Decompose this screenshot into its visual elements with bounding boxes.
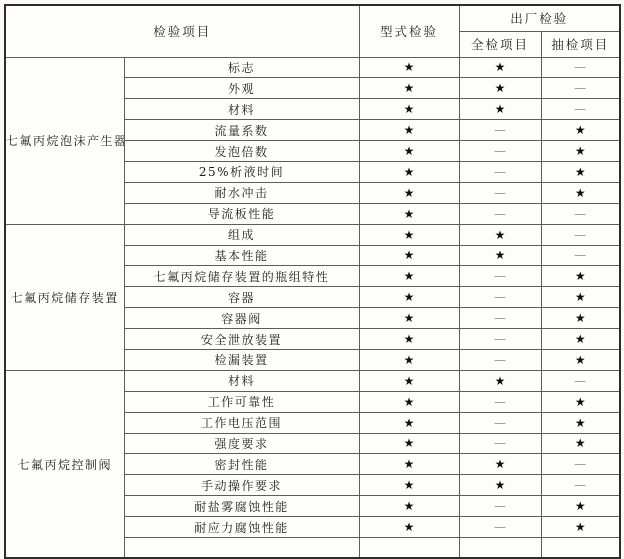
item-label: 外观: [124, 78, 359, 99]
sampling-inspection-mark: ★: [541, 412, 620, 433]
type-inspection-mark: ★: [359, 308, 459, 329]
sampling-inspection-mark: —: [541, 99, 620, 120]
item-label: 检漏装置: [124, 349, 359, 370]
full-inspection-mark: —: [459, 433, 541, 454]
sampling-inspection-mark: ★: [541, 120, 620, 141]
item-label: 耐应力腐蚀性能: [124, 517, 359, 538]
sampling-inspection-mark: ★: [541, 308, 620, 329]
item-label: 材料: [124, 370, 359, 391]
type-inspection-mark: ★: [359, 329, 459, 350]
type-inspection-mark: ★: [359, 454, 459, 475]
item-label: 材料: [124, 99, 359, 120]
item-label: 工作可靠性: [124, 391, 359, 412]
header-type-inspection: 型式检验: [359, 5, 459, 57]
full-inspection-mark: —: [459, 496, 541, 517]
type-inspection-mark: ★: [359, 120, 459, 141]
item-label: 手动操作要求: [124, 475, 359, 496]
item-label: 发泡倍数: [124, 141, 359, 162]
type-inspection-mark: ★: [359, 475, 459, 496]
item-label: 流量系数: [124, 120, 359, 141]
full-inspection-mark: —: [459, 329, 541, 350]
sampling-inspection-mark: —: [541, 370, 620, 391]
item-label: 七氟丙烷储存装置的瓶组特性: [124, 266, 359, 287]
item-label: [124, 537, 359, 542]
sampling-inspection-mark: ★: [541, 182, 620, 203]
sampling-inspection-mark: —: [541, 245, 620, 266]
item-label: 标志: [124, 57, 359, 78]
table-body: 七氟丙烷泡沫产生器标志★★—外观★★—材料★★—流量系数★—★发泡倍数★—★25…: [5, 57, 620, 542]
inspection-table: 检验项目 型式检验 出厂检验 全检项目 抽检项目 七氟丙烷泡沫产生器标志★★—外…: [4, 4, 621, 542]
header-sampling-inspection: 抽检项目: [541, 31, 620, 57]
item-label: 工作电压范围: [124, 412, 359, 433]
sampling-inspection-mark: —: [541, 454, 620, 475]
group-label: 七氟丙烷泡沫产生器: [5, 57, 124, 224]
sampling-inspection-mark: —: [541, 203, 620, 224]
mark-cell-empty: [541, 537, 620, 542]
item-label: 密封性能: [124, 454, 359, 475]
full-inspection-mark: ★: [459, 57, 541, 78]
sampling-inspection-mark: ★: [541, 287, 620, 308]
full-inspection-mark: —: [459, 287, 541, 308]
full-inspection-mark: ★: [459, 370, 541, 391]
type-inspection-mark: ★: [359, 99, 459, 120]
type-inspection-mark: ★: [359, 349, 459, 370]
table-header: 检验项目 型式检验 出厂检验 全检项目 抽检项目: [5, 5, 620, 57]
type-inspection-mark: ★: [359, 78, 459, 99]
mark-cell-empty: [359, 537, 459, 542]
table-row: 七氟丙烷控制阀材料★★—: [5, 370, 620, 391]
full-inspection-mark: —: [459, 203, 541, 224]
sampling-inspection-mark: —: [541, 57, 620, 78]
type-inspection-mark: ★: [359, 370, 459, 391]
full-inspection-mark: ★: [459, 78, 541, 99]
type-inspection-mark: ★: [359, 496, 459, 517]
sampling-inspection-mark: ★: [541, 266, 620, 287]
item-label: 耐水冲击: [124, 182, 359, 203]
full-inspection-mark: —: [459, 517, 541, 538]
type-inspection-mark: ★: [359, 161, 459, 182]
type-inspection-mark: ★: [359, 433, 459, 454]
sampling-inspection-mark: ★: [541, 141, 620, 162]
sampling-inspection-mark: ★: [541, 517, 620, 538]
full-inspection-mark: —: [459, 266, 541, 287]
header-factory-inspection: 出厂检验: [459, 5, 620, 31]
item-label: 耐盐雾腐蚀性能: [124, 496, 359, 517]
table-row: 七氟丙烷泡沫产生器标志★★—: [5, 57, 620, 78]
sampling-inspection-mark: ★: [541, 329, 620, 350]
full-inspection-mark: —: [459, 141, 541, 162]
item-label: 容器: [124, 287, 359, 308]
group-label: 七氟丙烷控制阀: [5, 370, 124, 542]
header-full-inspection: 全检项目: [459, 31, 541, 57]
group-label: 七氟丙烷储存装置: [5, 224, 124, 370]
full-inspection-mark: ★: [459, 245, 541, 266]
full-inspection-mark: —: [459, 391, 541, 412]
full-inspection-mark: —: [459, 308, 541, 329]
header-inspection-item: 检验项目: [5, 5, 359, 57]
full-inspection-mark: —: [459, 412, 541, 433]
full-inspection-mark: ★: [459, 475, 541, 496]
item-label: 安全泄放装置: [124, 329, 359, 350]
item-label: 导流板性能: [124, 203, 359, 224]
sampling-inspection-mark: ★: [541, 349, 620, 370]
sampling-inspection-mark: —: [541, 224, 620, 245]
full-inspection-mark: —: [459, 349, 541, 370]
sampling-inspection-mark: ★: [541, 161, 620, 182]
sampling-inspection-mark: ★: [541, 433, 620, 454]
full-inspection-mark: —: [459, 182, 541, 203]
type-inspection-mark: ★: [359, 57, 459, 78]
table-row: 七氟丙烷储存装置组成★★—: [5, 224, 620, 245]
full-inspection-mark: ★: [459, 99, 541, 120]
type-inspection-mark: ★: [359, 412, 459, 433]
type-inspection-mark: ★: [359, 245, 459, 266]
full-inspection-mark: ★: [459, 454, 541, 475]
item-label: 容器阀: [124, 308, 359, 329]
item-label: 强度要求: [124, 433, 359, 454]
type-inspection-mark: ★: [359, 224, 459, 245]
item-label: 基本性能: [124, 245, 359, 266]
full-inspection-mark: ★: [459, 224, 541, 245]
sampling-inspection-mark: —: [541, 78, 620, 99]
full-inspection-mark: —: [459, 161, 541, 182]
sampling-inspection-mark: ★: [541, 391, 620, 412]
mark-cell-empty: [459, 537, 541, 542]
item-label: 25%析液时间: [124, 161, 359, 182]
type-inspection-mark: ★: [359, 391, 459, 412]
sampling-inspection-mark: ★: [541, 496, 620, 517]
type-inspection-mark: ★: [359, 287, 459, 308]
type-inspection-mark: ★: [359, 203, 459, 224]
full-inspection-mark: —: [459, 120, 541, 141]
sampling-inspection-mark: —: [541, 475, 620, 496]
type-inspection-mark: ★: [359, 517, 459, 538]
type-inspection-mark: ★: [359, 182, 459, 203]
type-inspection-mark: ★: [359, 266, 459, 287]
scanned-document-page: 检验项目 型式检验 出厂检验 全检项目 抽检项目 七氟丙烷泡沫产生器标志★★—外…: [0, 0, 624, 542]
item-label: 组成: [124, 224, 359, 245]
type-inspection-mark: ★: [359, 141, 459, 162]
